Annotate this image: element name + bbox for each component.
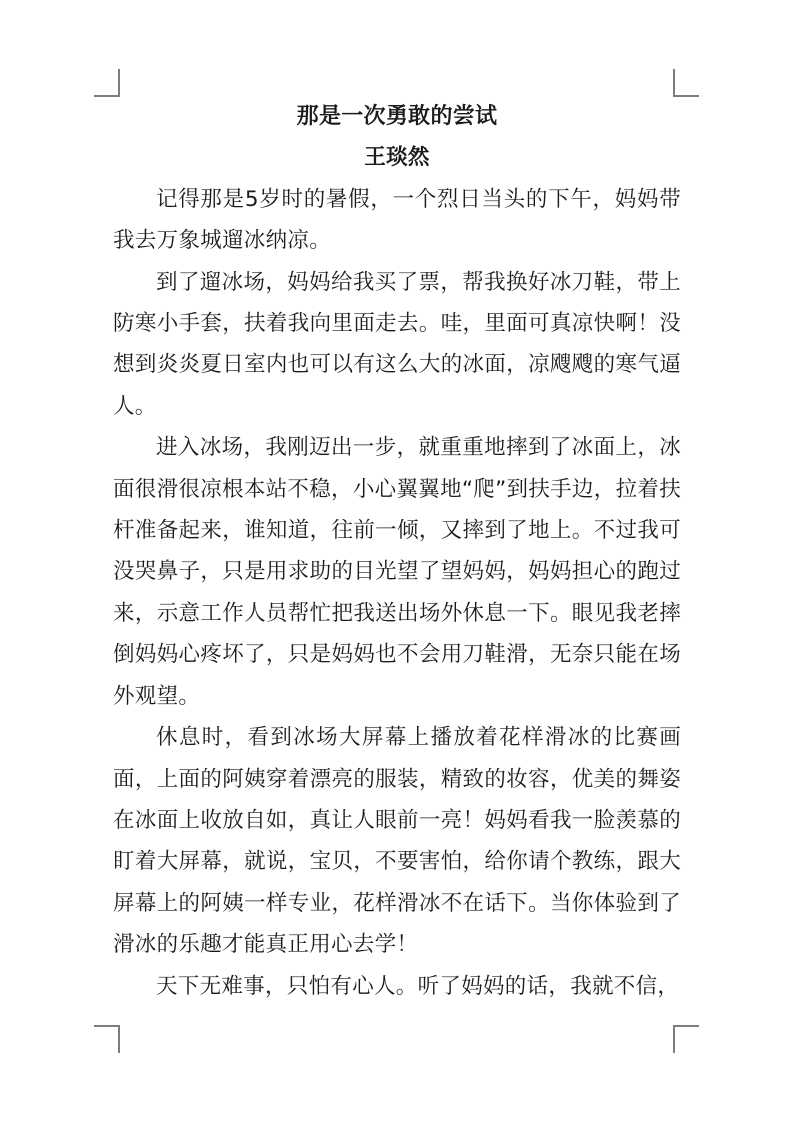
paragraph: 进入冰场，我刚迈出一步，就重重地摔到了冰面上，冰面很滑很凉根本站不稳，小心翼翼地…	[113, 427, 681, 717]
page-margin-mark-top-left	[94, 69, 120, 97]
page-margin-mark-bottom-right	[673, 1025, 699, 1053]
essay-title: 那是一次勇敢的尝试	[113, 96, 681, 137]
essay-author: 王琰然	[113, 137, 681, 178]
paragraph: 休息时，看到冰场大屏幕上播放着花样滑冰的比赛画面，上面的阿姨穿着漂亮的服装，精致…	[113, 717, 681, 965]
essay-content: 那是一次勇敢的尝试 王琰然 记得那是5岁时的暑假，一个烈日当头的下午，妈妈带我去…	[113, 96, 681, 1007]
paragraph: 天下无难事，只怕有心人。听了妈妈的话，我就不信，	[113, 966, 681, 1007]
paragraph: 到了遛冰场，妈妈给我买了票，帮我换好冰刀鞋，带上防寒小手套，扶着我向里面走去。哇…	[113, 262, 681, 428]
page-margin-mark-top-right	[673, 69, 699, 97]
document-page: 那是一次勇敢的尝试 王琰然 记得那是5岁时的暑假，一个烈日当头的下午，妈妈带我去…	[0, 0, 794, 1123]
page-margin-mark-bottom-left	[94, 1025, 120, 1053]
essay-body: 记得那是5岁时的暑假，一个烈日当头的下午，妈妈带我去万象城遛冰纳凉。到了遛冰场，…	[113, 179, 681, 1007]
paragraph: 记得那是5岁时的暑假，一个烈日当头的下午，妈妈带我去万象城遛冰纳凉。	[113, 179, 681, 262]
